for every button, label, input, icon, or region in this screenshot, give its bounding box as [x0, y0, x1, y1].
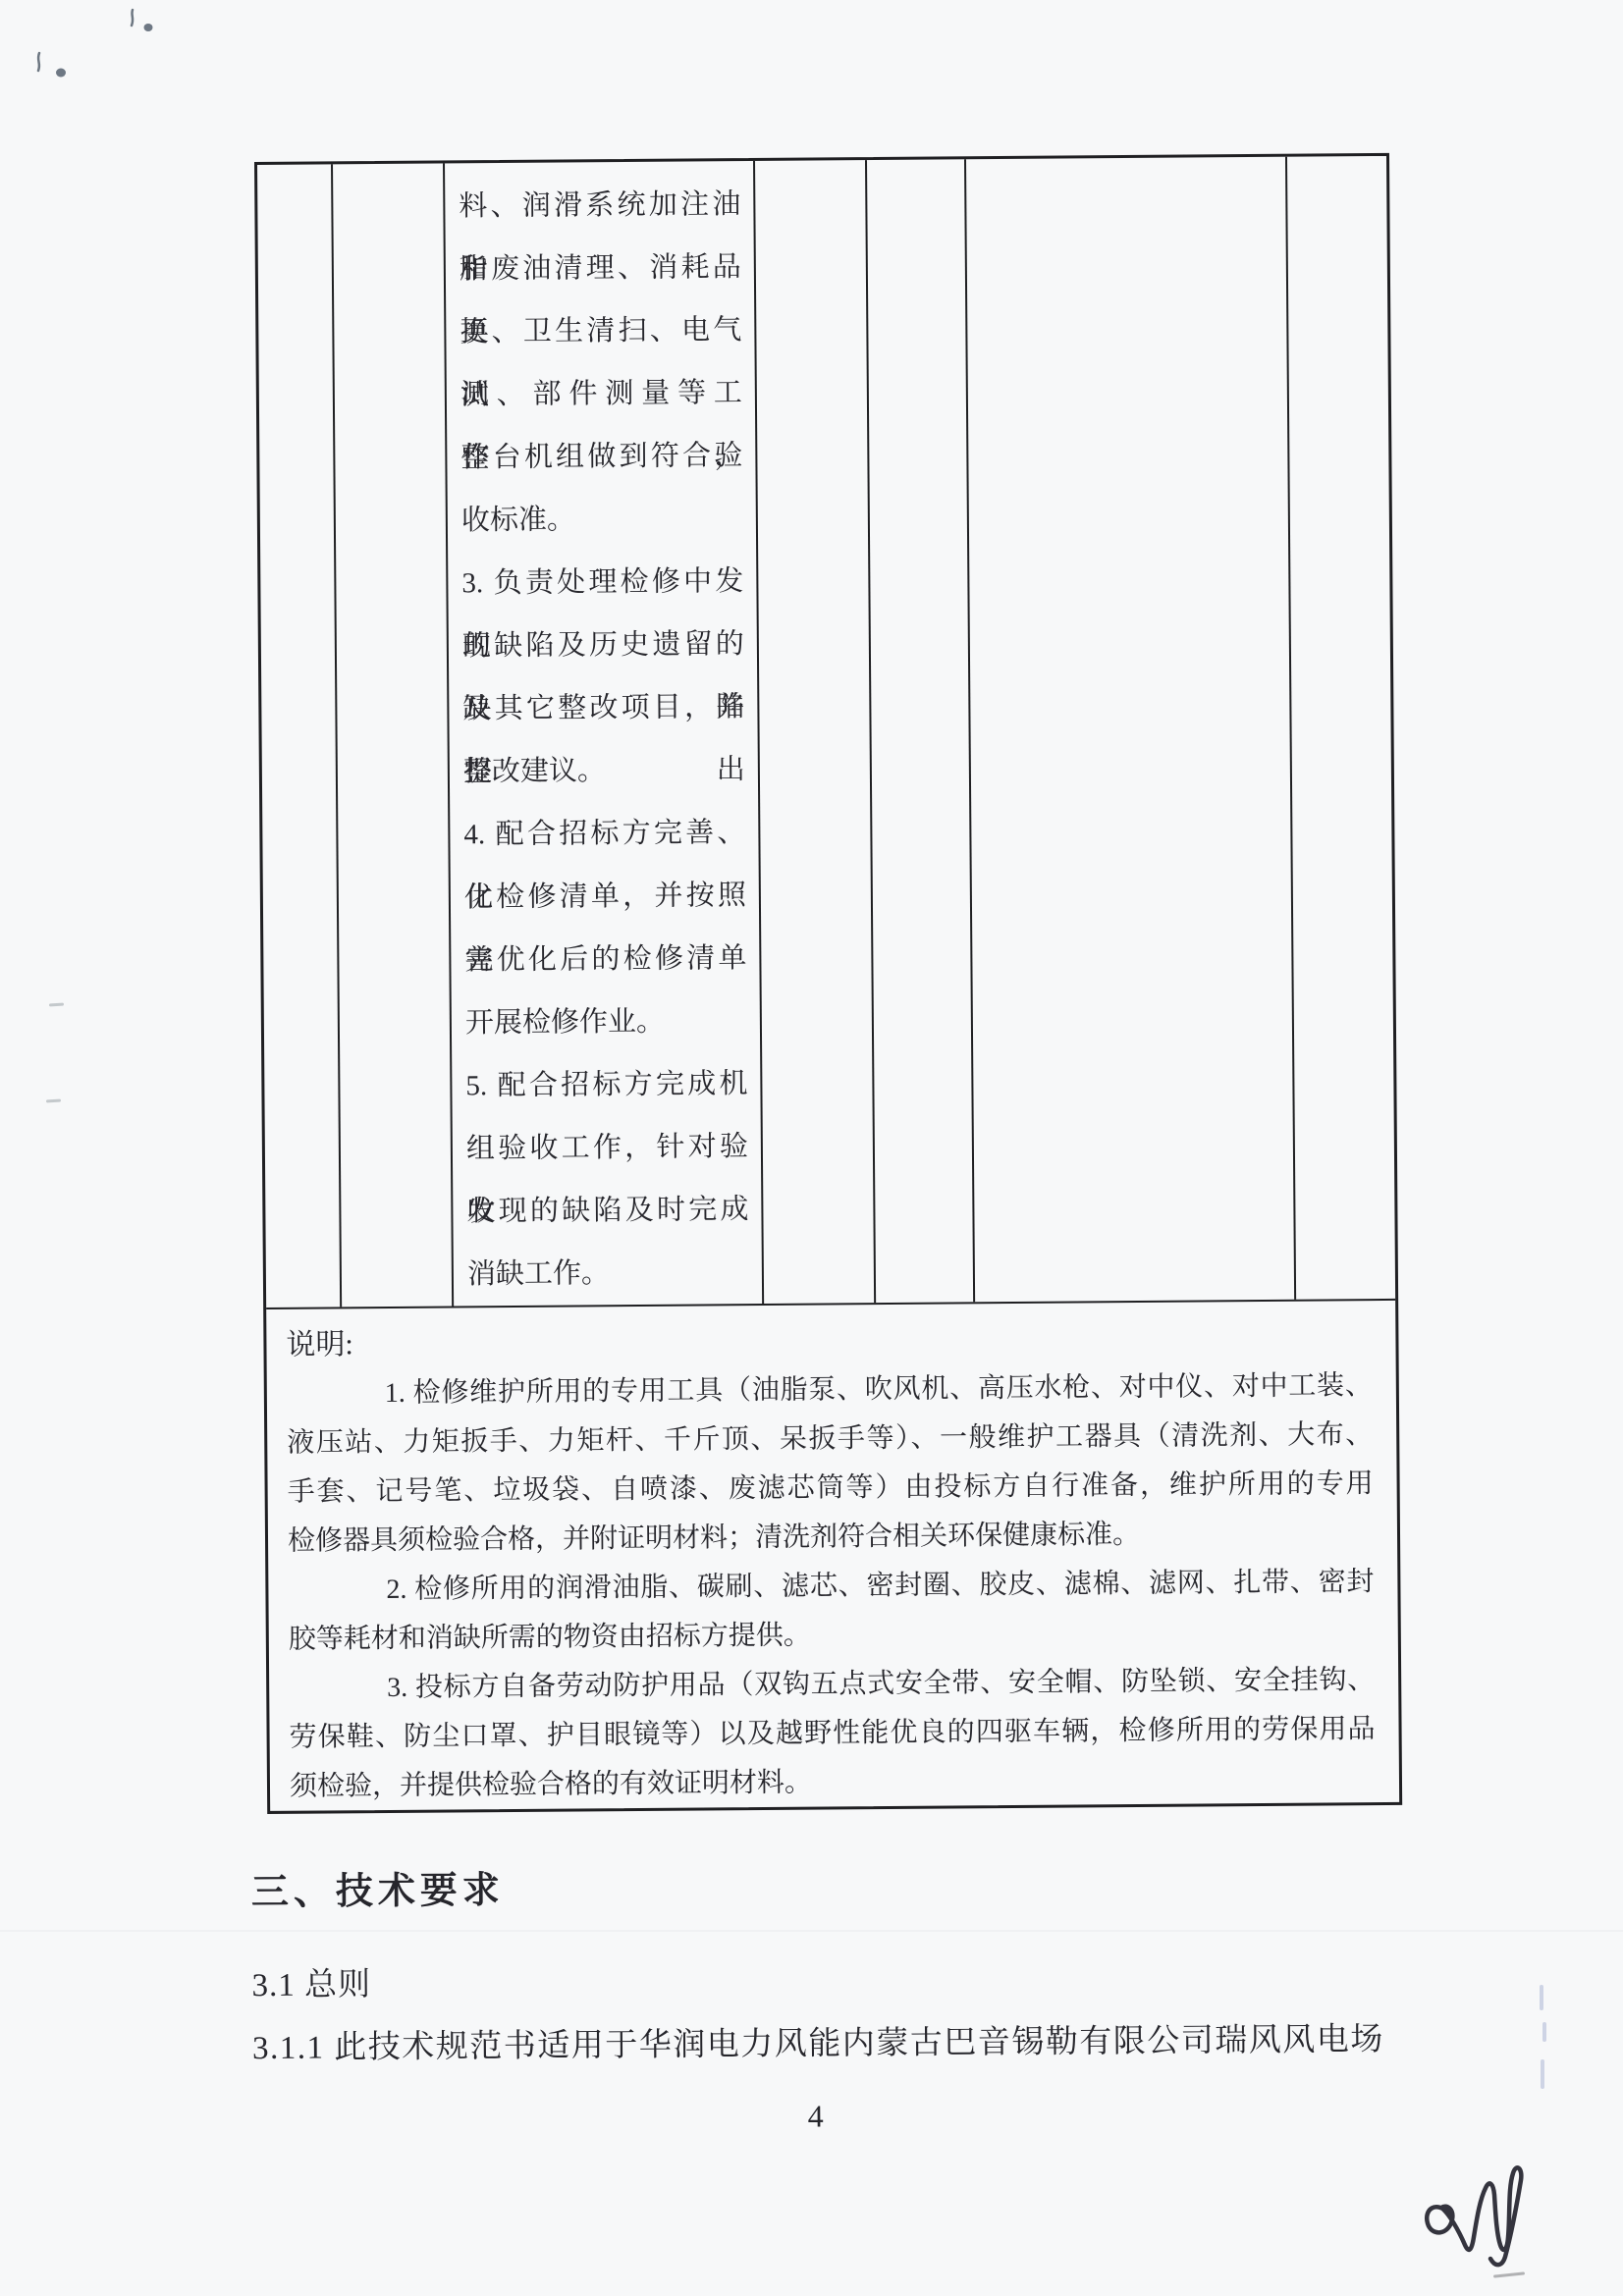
handwritten-signature [1420, 2153, 1530, 2278]
work-scope-line: 料、润滑系统加注油脂 [459, 173, 740, 238]
notes-line: 1. 检修维护所用的专用工具（油脂泵、吹风机、高压水枪、对中仪、对中工装、 [287, 1362, 1373, 1419]
pencil-mark-top-2 [27, 49, 75, 82]
table-cell-empty-1 [755, 160, 876, 1304]
notes-line: 胶等耗材和消缺所需的物资由招标方提供。 [289, 1607, 1375, 1665]
notes-line: 液压站、力矩扳手、力矩杆、千斤顶、呆扳手等）、一般维护工器具（清洗剂、大布、 [287, 1411, 1373, 1468]
pencil-mark-top-1 [118, 6, 161, 37]
work-scope-line: 消缺工作。 [467, 1241, 749, 1306]
section-subheading: 3.1 总则 [251, 1958, 371, 2005]
section-heading: 三、技术要求 [251, 1859, 505, 1915]
edge-print-artifact-2 [1542, 2022, 1546, 2042]
edge-print-artifact-1 [1540, 1985, 1543, 2010]
scanned-document-page: { "page": { "number": "4" }, "colors": {… [0, 0, 1623, 2296]
work-scope-lines: 料、润滑系统加注油脂和废油清理、消耗品更换、卫生清扫、电气测试、部件测量等工作，… [459, 173, 749, 1306]
work-scope-line: 及其它整改项目，并提出 [462, 675, 744, 740]
work-scope-line: 3. 负责处理检修中发现 [461, 550, 743, 614]
edge-print-artifact-3 [1541, 2059, 1544, 2089]
work-scope-line: 发现的缺陷及时完成 [466, 1178, 748, 1243]
page-number: 4 [782, 2098, 850, 2135]
work-scope-line: 化检修清单，并按照完 [464, 864, 746, 929]
table-cell-empty-4 [1287, 156, 1395, 1300]
section-paragraph: 3.1.1 此技术规范书适用于华润电力风能内蒙古巴音锡勒有限公司瑞风风电场 [252, 2013, 1391, 2068]
notes-line: 劳保鞋、防尘口罩、护目眼镜等）以及越野性能优良的四驱车辆，检修所用的劳保用品 [289, 1705, 1375, 1763]
work-scope-line: 开展检修作业。 [465, 989, 747, 1054]
table-cell-empty-2 [867, 159, 975, 1303]
notes-line: 须检验，并提供检验合格的有效证明材料。 [290, 1754, 1376, 1812]
notes-line: 手套、记号笔、垃圾袋、自喷漆、废滤芯筒等）由投标方自行准备，维护所用的专用 [287, 1460, 1373, 1518]
work-scope-line: 5. 配合招标方完成机 [465, 1052, 747, 1117]
work-scope-line: 换、卫生清扫、电气测 [460, 298, 741, 363]
table-notes-row: 说明: 1. 检修维护所用的专用工具（油脂泵、吹风机、高压水枪、对中仪、对中工装… [266, 1299, 1399, 1812]
scan-band-artifact [0, 1930, 1623, 1932]
table-row-continuation: 料、润滑系统加注油脂和废油清理、消耗品更换、卫生清扫、电气测试、部件测量等工作，… [257, 156, 1395, 1308]
work-scope-line: 的缺陷及历史遗留的缺陷 [462, 613, 744, 677]
notes-label: 说明: [286, 1312, 1372, 1370]
page-content: 料、润滑系统加注油脂和废油清理、消耗品更换、卫生清扫、电气测试、部件测量等工作，… [0, 0, 1623, 2296]
work-scope-line: 4. 配合招标方完善、优 [463, 801, 745, 866]
work-scope-line: 组验收工作，针对验收 [466, 1115, 748, 1180]
table-cell-work-scope: 料、润滑系统加注油脂和废油清理、消耗品更换、卫生清扫、电气测试、部件测量等工作，… [445, 161, 764, 1306]
notes-line: 2. 检修所用的润滑油脂、碳刷、滤芯、密封圈、胶皮、滤棉、滤网、扎带、密封 [288, 1558, 1374, 1616]
table-cell-item [333, 163, 454, 1307]
table-cell-empty-3 [966, 157, 1296, 1303]
work-scope-line: 收标准。 [461, 487, 743, 552]
notes-line: 3. 投标方自备劳动防护用品（双钩五点式安全带、安全帽、防坠锁、安全挂钩、 [289, 1656, 1375, 1714]
notes-line: 检修器具须检验合格，并附证明材料；清洗剂符合相关环保健康标准。 [288, 1509, 1374, 1567]
work-scope-line: 整台机组做到符合验 [460, 424, 742, 489]
maintenance-scope-table: 料、润滑系统加注油脂和废油清理、消耗品更换、卫生清扫、电气测试、部件测量等工作，… [254, 153, 1402, 1814]
work-scope-line: 和废油清理、消耗品更 [460, 236, 741, 300]
notes-lines: 1. 检修维护所用的专用工具（油脂泵、吹风机、高压水枪、对中仪、对中工装、液压站… [287, 1362, 1377, 1812]
work-scope-line: 善优化后的检修清单 [464, 927, 746, 991]
work-scope-line: 试、部件测量等工作， [460, 361, 742, 426]
table-cell-index [257, 164, 342, 1308]
